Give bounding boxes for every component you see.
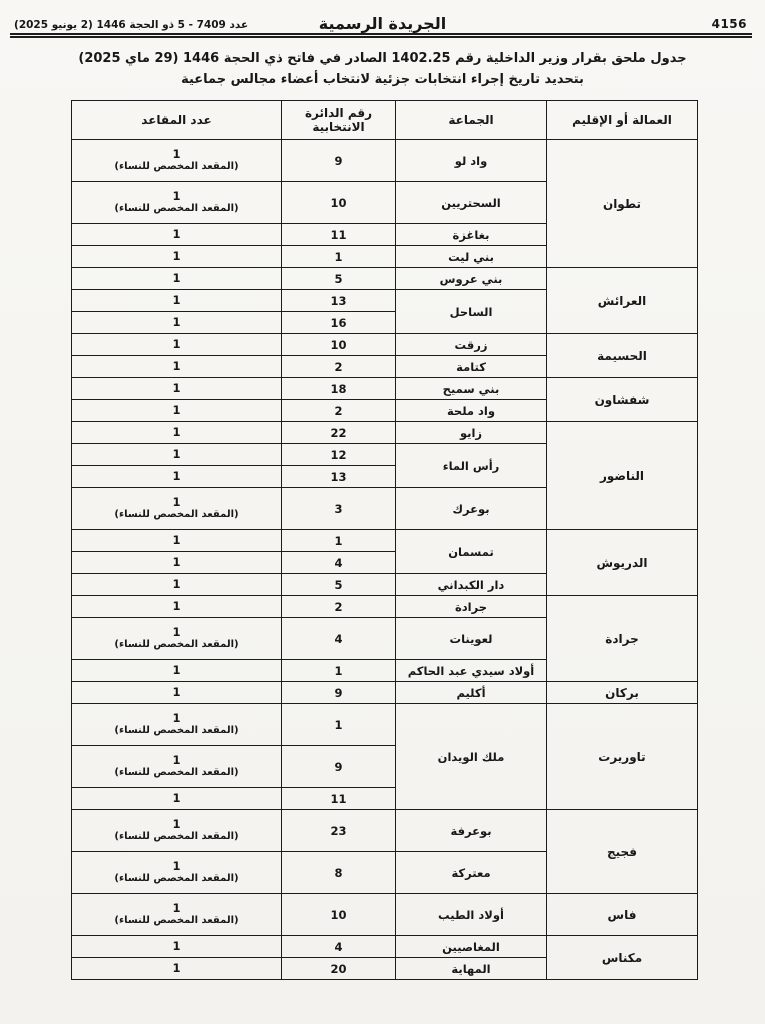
table-row: الناضورزايو221 xyxy=(72,422,698,444)
province-cell: الناضور xyxy=(547,422,698,530)
district-number-cell: 1 xyxy=(282,246,396,268)
seats-cell: 1(المقعد المخصص للنساء) xyxy=(72,618,282,660)
district-number-cell: 10 xyxy=(282,182,396,224)
seat-count: 1 xyxy=(75,534,278,547)
seats-cell: 1 xyxy=(72,378,282,400)
commune-cell: المغاصيين xyxy=(396,936,547,958)
seats-cell: 1 xyxy=(72,268,282,290)
district-number-cell: 20 xyxy=(282,958,396,980)
district-number-cell: 22 xyxy=(282,422,396,444)
seat-count: 1 xyxy=(75,228,278,241)
seat-count: 1 xyxy=(75,148,278,161)
table-row: مكناسالمغاصيين41 xyxy=(72,936,698,958)
table-header-row: العمالة أو الإقليم الجماعة رقم الدائرة ا… xyxy=(72,101,698,140)
commune-cell: بني سميح xyxy=(396,378,547,400)
seat-count: 1 xyxy=(75,940,278,953)
women-seat-note: (المقعد المخصص للنساء) xyxy=(75,639,278,651)
header-district: رقم الدائرة الانتخابية xyxy=(282,101,396,140)
women-seat-note: (المقعد المخصص للنساء) xyxy=(75,767,278,779)
province-cell: فجيج xyxy=(547,810,698,894)
table-row: جرادةجرادة21 xyxy=(72,596,698,618)
seat-count: 1 xyxy=(75,664,278,677)
table-row: تاوريرتملك الويدان11(المقعد المخصص للنسا… xyxy=(72,704,698,746)
district-number-cell: 2 xyxy=(282,356,396,378)
commune-cell: معتركة xyxy=(396,852,547,894)
district-number-cell: 9 xyxy=(282,682,396,704)
seat-count: 1 xyxy=(75,382,278,395)
document-title-line1: جدول ملحق بقرار وزير الداخلية رقم 1402.2… xyxy=(40,48,725,69)
seat-count: 1 xyxy=(75,404,278,417)
elections-table: العمالة أو الإقليم الجماعة رقم الدائرة ا… xyxy=(71,100,698,980)
women-seat-note: (المقعد المخصص للنساء) xyxy=(75,509,278,521)
commune-cell: بوعرفة xyxy=(396,810,547,852)
table-row: فجيجبوعرفة231(المقعد المخصص للنساء) xyxy=(72,810,698,852)
seats-cell: 1 xyxy=(72,530,282,552)
seat-count: 1 xyxy=(75,712,278,725)
seat-count: 1 xyxy=(75,470,278,483)
seat-count: 1 xyxy=(75,792,278,805)
district-number-cell: 16 xyxy=(282,312,396,334)
seat-count: 1 xyxy=(75,626,278,639)
seats-cell: 1 xyxy=(72,312,282,334)
province-cell: بركان xyxy=(547,682,698,704)
province-cell: العرائش xyxy=(547,268,698,334)
table-container: العمالة أو الإقليم الجماعة رقم الدائرة ا… xyxy=(71,100,698,980)
commune-cell: واد لو xyxy=(396,140,547,182)
commune-cell: بني عروس xyxy=(396,268,547,290)
seats-cell: 1 xyxy=(72,936,282,958)
women-seat-note: (المقعد المخصص للنساء) xyxy=(75,873,278,885)
seat-count: 1 xyxy=(75,448,278,461)
district-number-cell: 13 xyxy=(282,466,396,488)
commune-cell: أكليم xyxy=(396,682,547,704)
header-province: العمالة أو الإقليم xyxy=(547,101,698,140)
table-row: بركانأكليم91 xyxy=(72,682,698,704)
commune-cell: زايو xyxy=(396,422,547,444)
commune-cell: ملك الويدان xyxy=(396,704,547,810)
seats-cell: 1(المقعد المخصص للنساء) xyxy=(72,704,282,746)
seat-count: 1 xyxy=(75,556,278,569)
table-row: العرائشبني عروس51 xyxy=(72,268,698,290)
seat-count: 1 xyxy=(75,818,278,831)
header-rule xyxy=(10,33,752,38)
seat-count: 1 xyxy=(75,426,278,439)
province-cell: الدريوش xyxy=(547,530,698,596)
table-row: تطوانواد لو91(المقعد المخصص للنساء) xyxy=(72,140,698,182)
district-number-cell: 4 xyxy=(282,618,396,660)
district-number-cell: 2 xyxy=(282,400,396,422)
seat-count: 1 xyxy=(75,962,278,975)
commune-cell: جرادة xyxy=(396,596,547,618)
commune-cell: رأس الماء xyxy=(396,444,547,488)
seats-cell: 1(المقعد المخصص للنساء) xyxy=(72,140,282,182)
seat-count: 1 xyxy=(75,754,278,767)
seat-count: 1 xyxy=(75,190,278,203)
district-number-cell: 2 xyxy=(282,596,396,618)
province-cell: شفشاون xyxy=(547,378,698,422)
district-number-cell: 10 xyxy=(282,894,396,936)
seat-count: 1 xyxy=(75,294,278,307)
district-number-cell: 10 xyxy=(282,334,396,356)
seats-cell: 1 xyxy=(72,660,282,682)
district-number-cell: 5 xyxy=(282,574,396,596)
seats-cell: 1(المقعد المخصص للنساء) xyxy=(72,810,282,852)
elections-table-body: تطوانواد لو91(المقعد المخصص للنساء)السحت… xyxy=(72,140,698,980)
seats-cell: 1 xyxy=(72,444,282,466)
women-seat-note: (المقعد المخصص للنساء) xyxy=(75,831,278,843)
seats-cell: 1 xyxy=(72,290,282,312)
commune-cell: السحتريين xyxy=(396,182,547,224)
women-seat-note: (المقعد المخصص للنساء) xyxy=(75,161,278,173)
seats-cell: 1 xyxy=(72,466,282,488)
seats-cell: 1 xyxy=(72,596,282,618)
seats-cell: 1 xyxy=(72,246,282,268)
seats-cell: 1(المقعد المخصص للنساء) xyxy=(72,746,282,788)
seat-count: 1 xyxy=(75,496,278,509)
seat-count: 1 xyxy=(75,902,278,915)
seats-cell: 1 xyxy=(72,356,282,378)
seat-count: 1 xyxy=(75,686,278,699)
seats-cell: 1 xyxy=(72,400,282,422)
seats-cell: 1 xyxy=(72,552,282,574)
commune-cell: بغاغزة xyxy=(396,224,547,246)
province-cell: مكناس xyxy=(547,936,698,980)
seats-cell: 1(المقعد المخصص للنساء) xyxy=(72,894,282,936)
commune-cell: الساحل xyxy=(396,290,547,334)
table-row: الدريوشتمسمان11 xyxy=(72,530,698,552)
commune-cell: أولاد الطيب xyxy=(396,894,547,936)
province-cell: تطوان xyxy=(547,140,698,268)
commune-cell: دار الكبداني xyxy=(396,574,547,596)
commune-cell: لعوينات xyxy=(396,618,547,660)
seats-cell: 1 xyxy=(72,682,282,704)
women-seat-note: (المقعد المخصص للنساء) xyxy=(75,725,278,737)
seats-cell: 1 xyxy=(72,224,282,246)
document-title-line2: بتحديد تاريخ إجراء انتخابات جزئية لانتخا… xyxy=(40,69,725,90)
province-cell: الحسيمة xyxy=(547,334,698,378)
seats-cell: 1(المقعد المخصص للنساء) xyxy=(72,852,282,894)
commune-cell: بني ليت xyxy=(396,246,547,268)
province-cell: تاوريرت xyxy=(547,704,698,810)
seat-count: 1 xyxy=(75,250,278,263)
commune-cell: واد ملحة xyxy=(396,400,547,422)
district-number-cell: 4 xyxy=(282,552,396,574)
women-seat-note: (المقعد المخصص للنساء) xyxy=(75,915,278,927)
district-number-cell: 23 xyxy=(282,810,396,852)
district-number-cell: 13 xyxy=(282,290,396,312)
seat-count: 1 xyxy=(75,338,278,351)
district-number-cell: 12 xyxy=(282,444,396,466)
seat-count: 1 xyxy=(75,860,278,873)
table-row: الحسيمةزرقت101 xyxy=(72,334,698,356)
commune-cell: أولاد سيدي عبد الحاكم xyxy=(396,660,547,682)
table-row: شفشاونبني سميح181 xyxy=(72,378,698,400)
province-cell: فاس xyxy=(547,894,698,936)
commune-cell: المهاية xyxy=(396,958,547,980)
seats-cell: 1(المقعد المخصص للنساء) xyxy=(72,488,282,530)
district-number-cell: 1 xyxy=(282,704,396,746)
district-number-cell: 11 xyxy=(282,224,396,246)
commune-cell: كتامة xyxy=(396,356,547,378)
district-number-cell: 8 xyxy=(282,852,396,894)
seats-cell: 1 xyxy=(72,422,282,444)
seat-count: 1 xyxy=(75,578,278,591)
seats-cell: 1 xyxy=(72,788,282,810)
district-number-cell: 3 xyxy=(282,488,396,530)
seat-count: 1 xyxy=(75,600,278,613)
district-number-cell: 1 xyxy=(282,660,396,682)
district-number-cell: 5 xyxy=(282,268,396,290)
commune-cell: بوعرك xyxy=(396,488,547,530)
district-number-cell: 9 xyxy=(282,140,396,182)
seat-count: 1 xyxy=(75,272,278,285)
district-number-cell: 4 xyxy=(282,936,396,958)
district-number-cell: 1 xyxy=(282,530,396,552)
district-number-cell: 11 xyxy=(282,788,396,810)
women-seat-note: (المقعد المخصص للنساء) xyxy=(75,203,278,215)
header-commune: الجماعة xyxy=(396,101,547,140)
seats-cell: 1(المقعد المخصص للنساء) xyxy=(72,182,282,224)
issue-info: عدد 7409 - 5 ذو الحجة 1446 (2 يونيو 2025… xyxy=(14,19,248,31)
seats-cell: 1 xyxy=(72,574,282,596)
document-title: جدول ملحق بقرار وزير الداخلية رقم 1402.2… xyxy=(40,48,725,90)
district-number-cell: 18 xyxy=(282,378,396,400)
header-seats: عدد المقاعد xyxy=(72,101,282,140)
table-row: فاسأولاد الطيب101(المقعد المخصص للنساء) xyxy=(72,894,698,936)
seats-cell: 1 xyxy=(72,958,282,980)
seats-cell: 1 xyxy=(72,334,282,356)
seat-count: 1 xyxy=(75,360,278,373)
seat-count: 1 xyxy=(75,316,278,329)
province-cell: جرادة xyxy=(547,596,698,682)
commune-cell: تمسمان xyxy=(396,530,547,574)
gazette-page: 4156 الجريدة الرسمية عدد 7409 - 5 ذو الح… xyxy=(0,0,765,1024)
district-number-cell: 9 xyxy=(282,746,396,788)
commune-cell: زرقت xyxy=(396,334,547,356)
